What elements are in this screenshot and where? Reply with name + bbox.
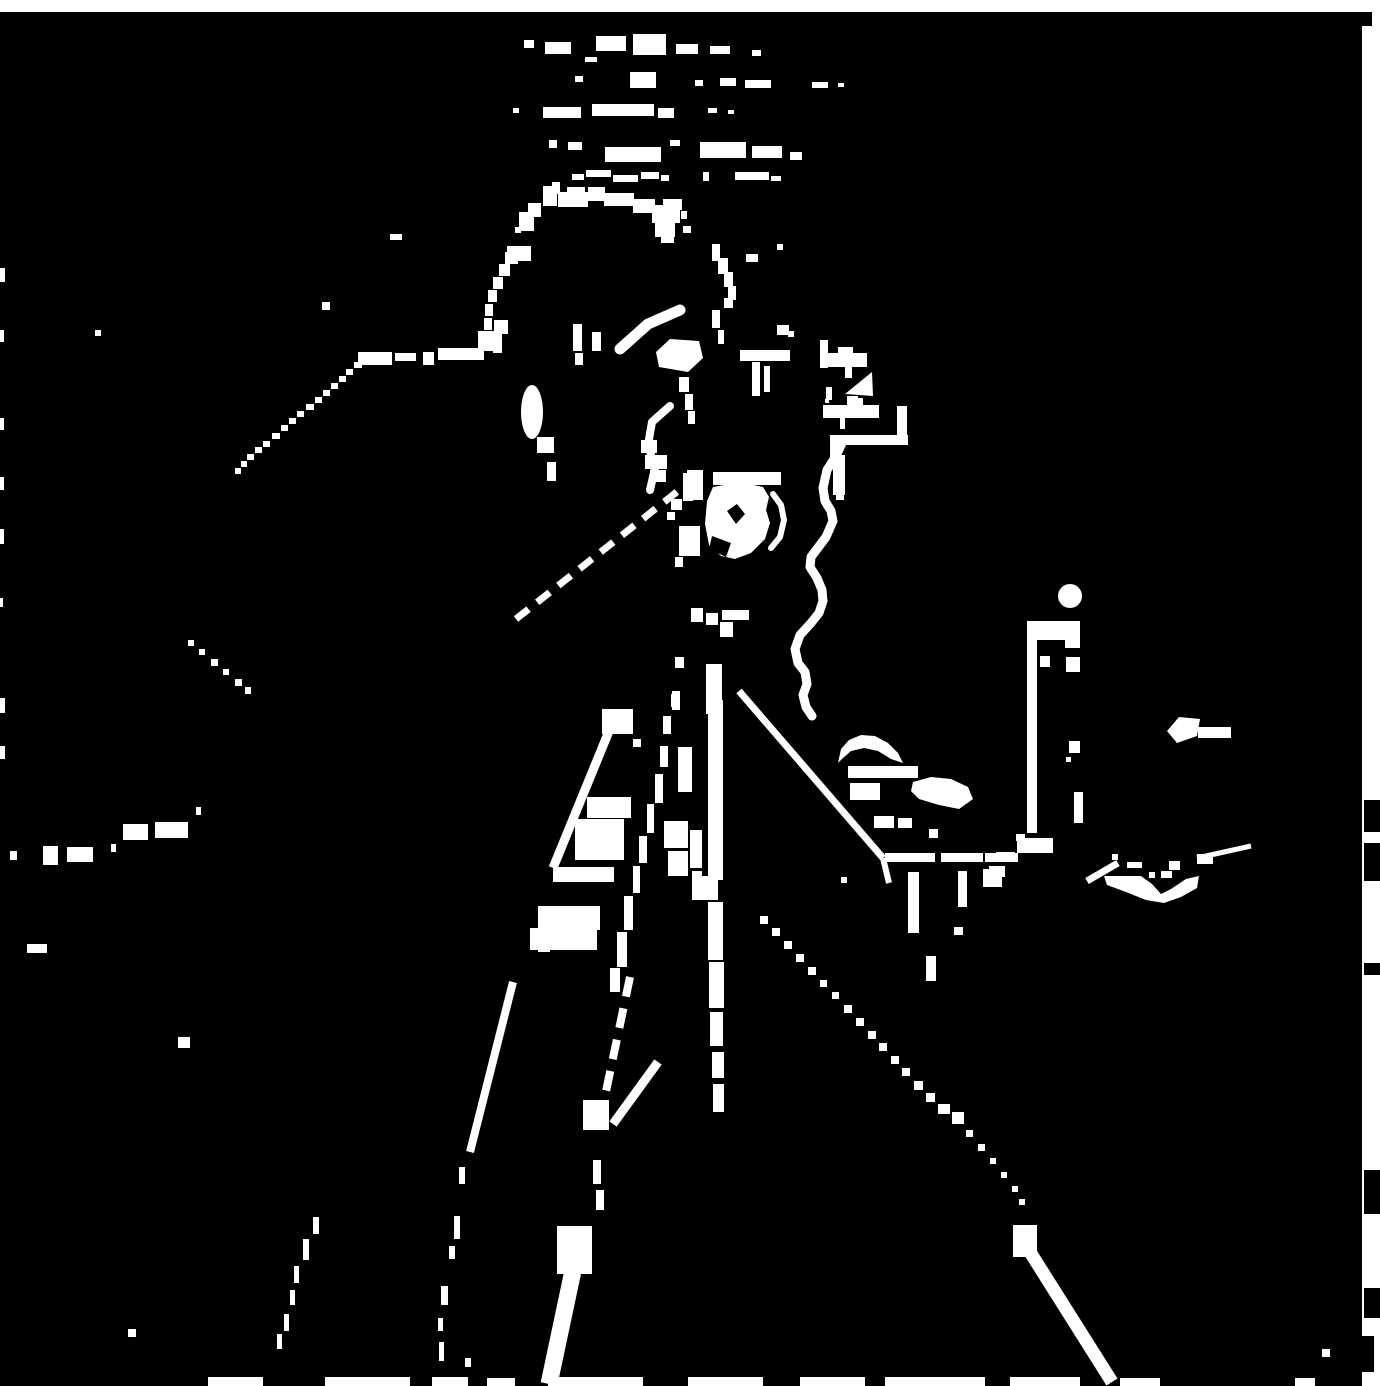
cameraman-binarized-image	[0, 0, 1380, 1386]
binary-photo-canvas	[0, 0, 1380, 1386]
